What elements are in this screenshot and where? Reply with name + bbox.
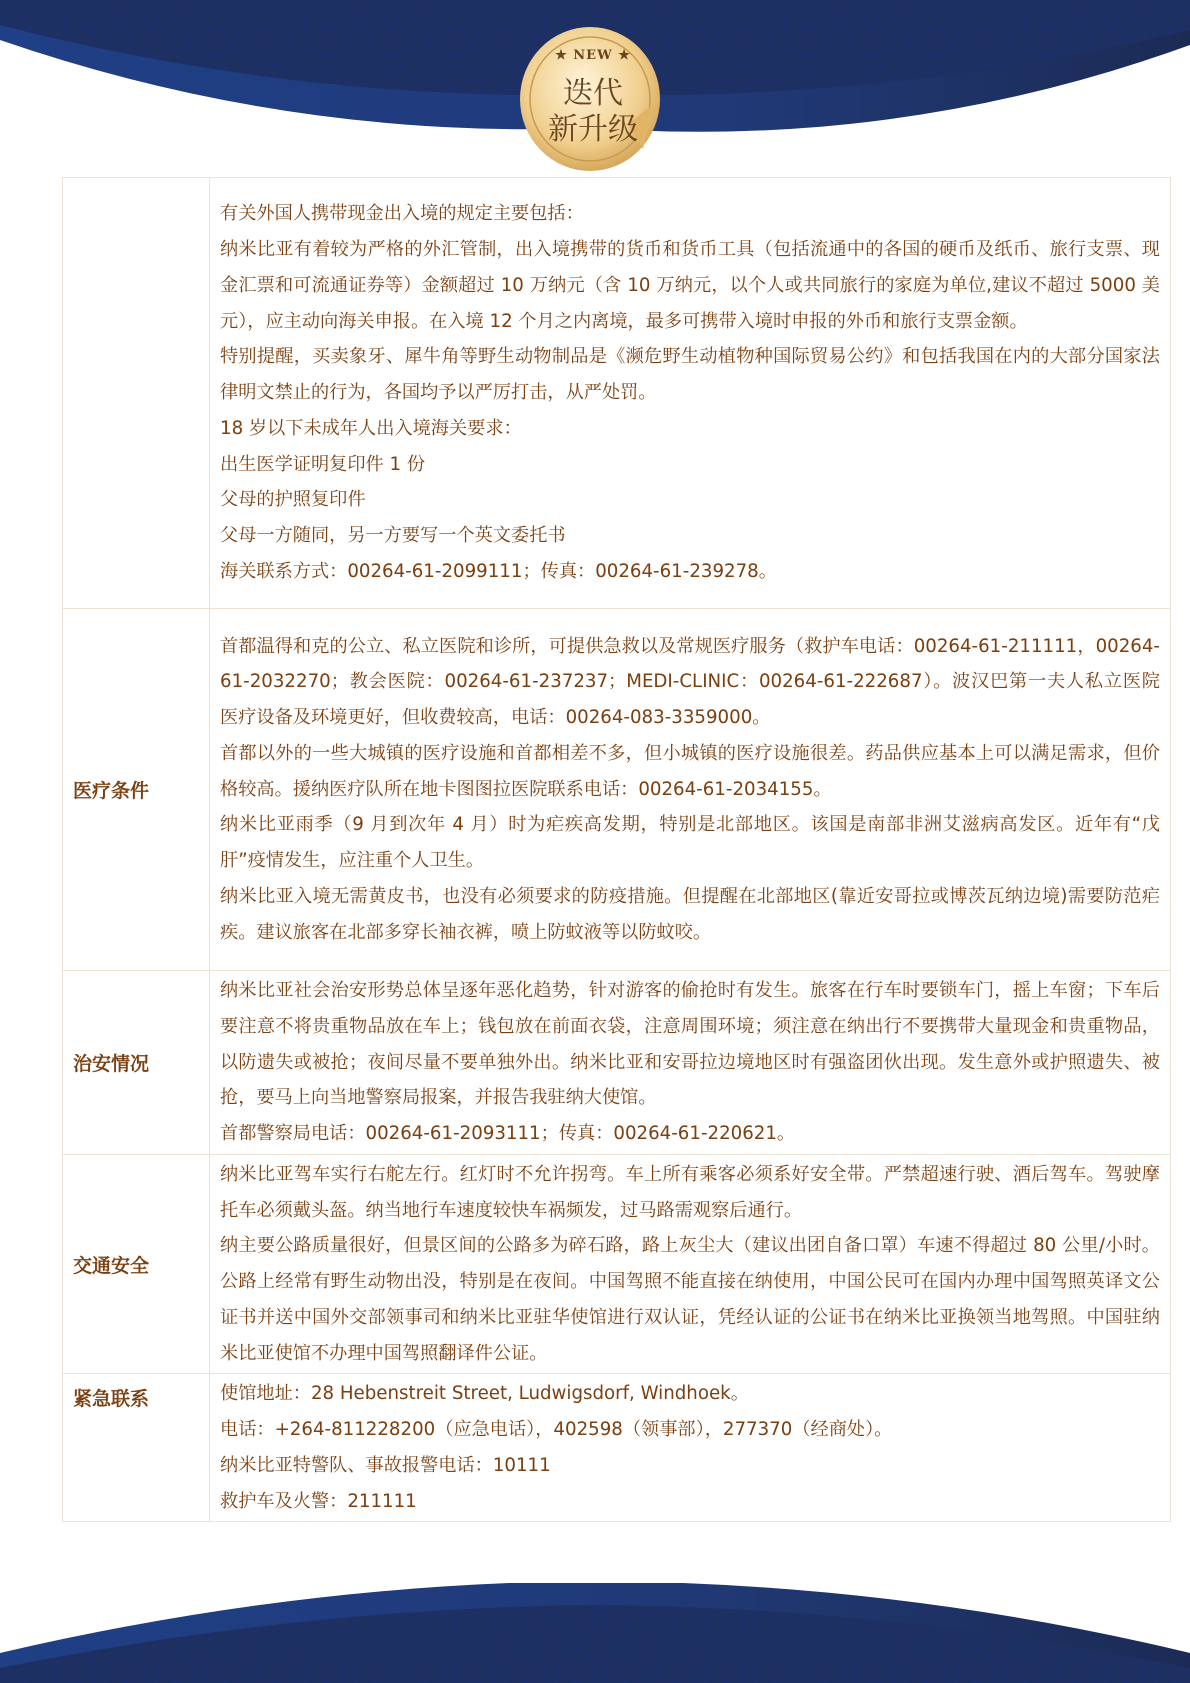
content-paragraph: 纳米比亚入境无需黄皮书，也没有必须要求的防疫措施。但提醒在北部地区(靠近安哥拉或… <box>220 879 1160 951</box>
content-paragraph: 有关外国人携带现金出入境的规定主要包括： <box>220 196 1160 232</box>
content-paragraph: 首都警察局电话：00264-61-2093111；传真：00264-61-220… <box>220 1116 1160 1152</box>
row-label-medical: 医疗条件 <box>73 780 149 802</box>
content-paragraph: 纳米比亚驾车实行右舵左行。红灯时不允许拐弯。车上所有乘客必须系好安全带。严禁超速… <box>220 1157 1160 1229</box>
content-paragraph: 18 岁以下未成年人出入境海关要求： <box>220 411 1160 447</box>
row-content-cell: 纳米比亚社会治安形势总体呈逐年恶化趋势，针对游客的偷抢时有发生。旅客在行车时要锁… <box>210 971 1171 1155</box>
embassy-phone: 电话：+264-811228200（应急电话），402598（领事部），2773… <box>220 1412 1160 1448</box>
row-label-cell: 紧急联系 <box>63 1374 210 1522</box>
content-paragraph: 纳米比亚有着较为严格的外汇管制，出入境携带的货币和货币工具（包括流通中的各国的硬… <box>220 232 1160 339</box>
row-label-cell <box>63 178 210 609</box>
table-row-medical: 医疗条件 首都温得和克的公立、私立医院和诊所，可提供急救以及常规医疗服务（救护车… <box>63 609 1171 971</box>
new-upgrade-badge: ★ NEW ★ 迭代 新升级 <box>518 24 668 174</box>
row-label-security: 治安情况 <box>73 1053 149 1075</box>
header-banner: ★ NEW ★ 迭代 新升级 <box>0 0 1190 180</box>
ambulance-fire-phone: 救护车及火警：211111 <box>220 1484 1160 1520</box>
content-paragraph: 纳主要公路质量很好，但景区间的公路多为碎石路，路上灰尘大（建议出团自备口罩）车速… <box>220 1228 1160 1371</box>
content-paragraph: 首都温得和克的公立、私立医院和诊所，可提供急救以及常规医疗服务（救护车电话：00… <box>220 629 1160 736</box>
footer-wave-graphic <box>0 1583 1190 1683</box>
content-paragraph: 首都以外的一些大城镇的医疗设施和首都相差不多，但小城镇的医疗设施很差。药品供应基… <box>220 736 1160 808</box>
row-label-cell: 治安情况 <box>63 971 210 1155</box>
table-row-customs: 有关外国人携带现金出入境的规定主要包括： 纳米比亚有着较为严格的外汇管制，出入境… <box>63 178 1171 609</box>
row-content-cell: 首都温得和克的公立、私立医院和诊所，可提供急救以及常规医疗服务（救护车电话：00… <box>210 609 1171 971</box>
table-row-emergency: 紧急联系 使馆地址：28 Hebenstreit Street, Ludwigs… <box>63 1374 1171 1522</box>
content-paragraph: 父母一方随同，另一方要写一个英文委托书 <box>220 518 1160 554</box>
row-label-emergency: 紧急联系 <box>73 1388 149 1410</box>
content-paragraph: 出生医学证明复印件 1 份 <box>220 447 1160 483</box>
content-paragraph: 海关联系方式：00264-61-2099111；传真：00264-61-2392… <box>220 554 1160 590</box>
row-label-cell: 交通安全 <box>63 1154 210 1374</box>
travel-info-table: 有关外国人携带现金出入境的规定主要包括： 纳米比亚有着较为严格的外汇管制，出入境… <box>62 177 1171 1522</box>
police-phone: 纳米比亚特警队、事故报警电话：10111 <box>220 1448 1160 1484</box>
content-paragraph: 纳米比亚社会治安形势总体呈逐年恶化趋势，针对游客的偷抢时有发生。旅客在行车时要锁… <box>220 973 1160 1116</box>
table-row-security: 治安情况 纳米比亚社会治安形势总体呈逐年恶化趋势，针对游客的偷抢时有发生。旅客在… <box>63 971 1171 1155</box>
row-content-cell: 纳米比亚驾车实行右舵左行。红灯时不允许拐弯。车上所有乘客必须系好安全带。严禁超速… <box>210 1154 1171 1374</box>
content-paragraph: 父母的护照复印件 <box>220 482 1160 518</box>
badge-new-label: ★ NEW ★ <box>518 48 668 63</box>
row-label-traffic: 交通安全 <box>73 1255 149 1277</box>
table-row-traffic: 交通安全 纳米比亚驾车实行右舵左行。红灯时不允许拐弯。车上所有乘客必须系好安全带… <box>63 1154 1171 1374</box>
row-content-cell: 有关外国人携带现金出入境的规定主要包括： 纳米比亚有着较为严格的外汇管制，出入境… <box>210 178 1171 609</box>
embassy-address: 使馆地址：28 Hebenstreit Street, Ludwigsdorf,… <box>220 1376 1160 1412</box>
row-content-cell: 使馆地址：28 Hebenstreit Street, Ludwigsdorf,… <box>210 1374 1171 1522</box>
row-label-cell: 医疗条件 <box>63 609 210 971</box>
badge-line-2: 新升级 <box>518 104 668 148</box>
content-paragraph: 特别提醒，买卖象牙、犀牛角等野生动物制品是《濒危野生动植物种国际贸易公约》和包括… <box>220 339 1160 411</box>
content-paragraph: 纳米比亚雨季（9 月到次年 4 月）时为疟疾高发期，特别是北部地区。该国是南部非… <box>220 807 1160 879</box>
footer-banner <box>0 1583 1190 1683</box>
